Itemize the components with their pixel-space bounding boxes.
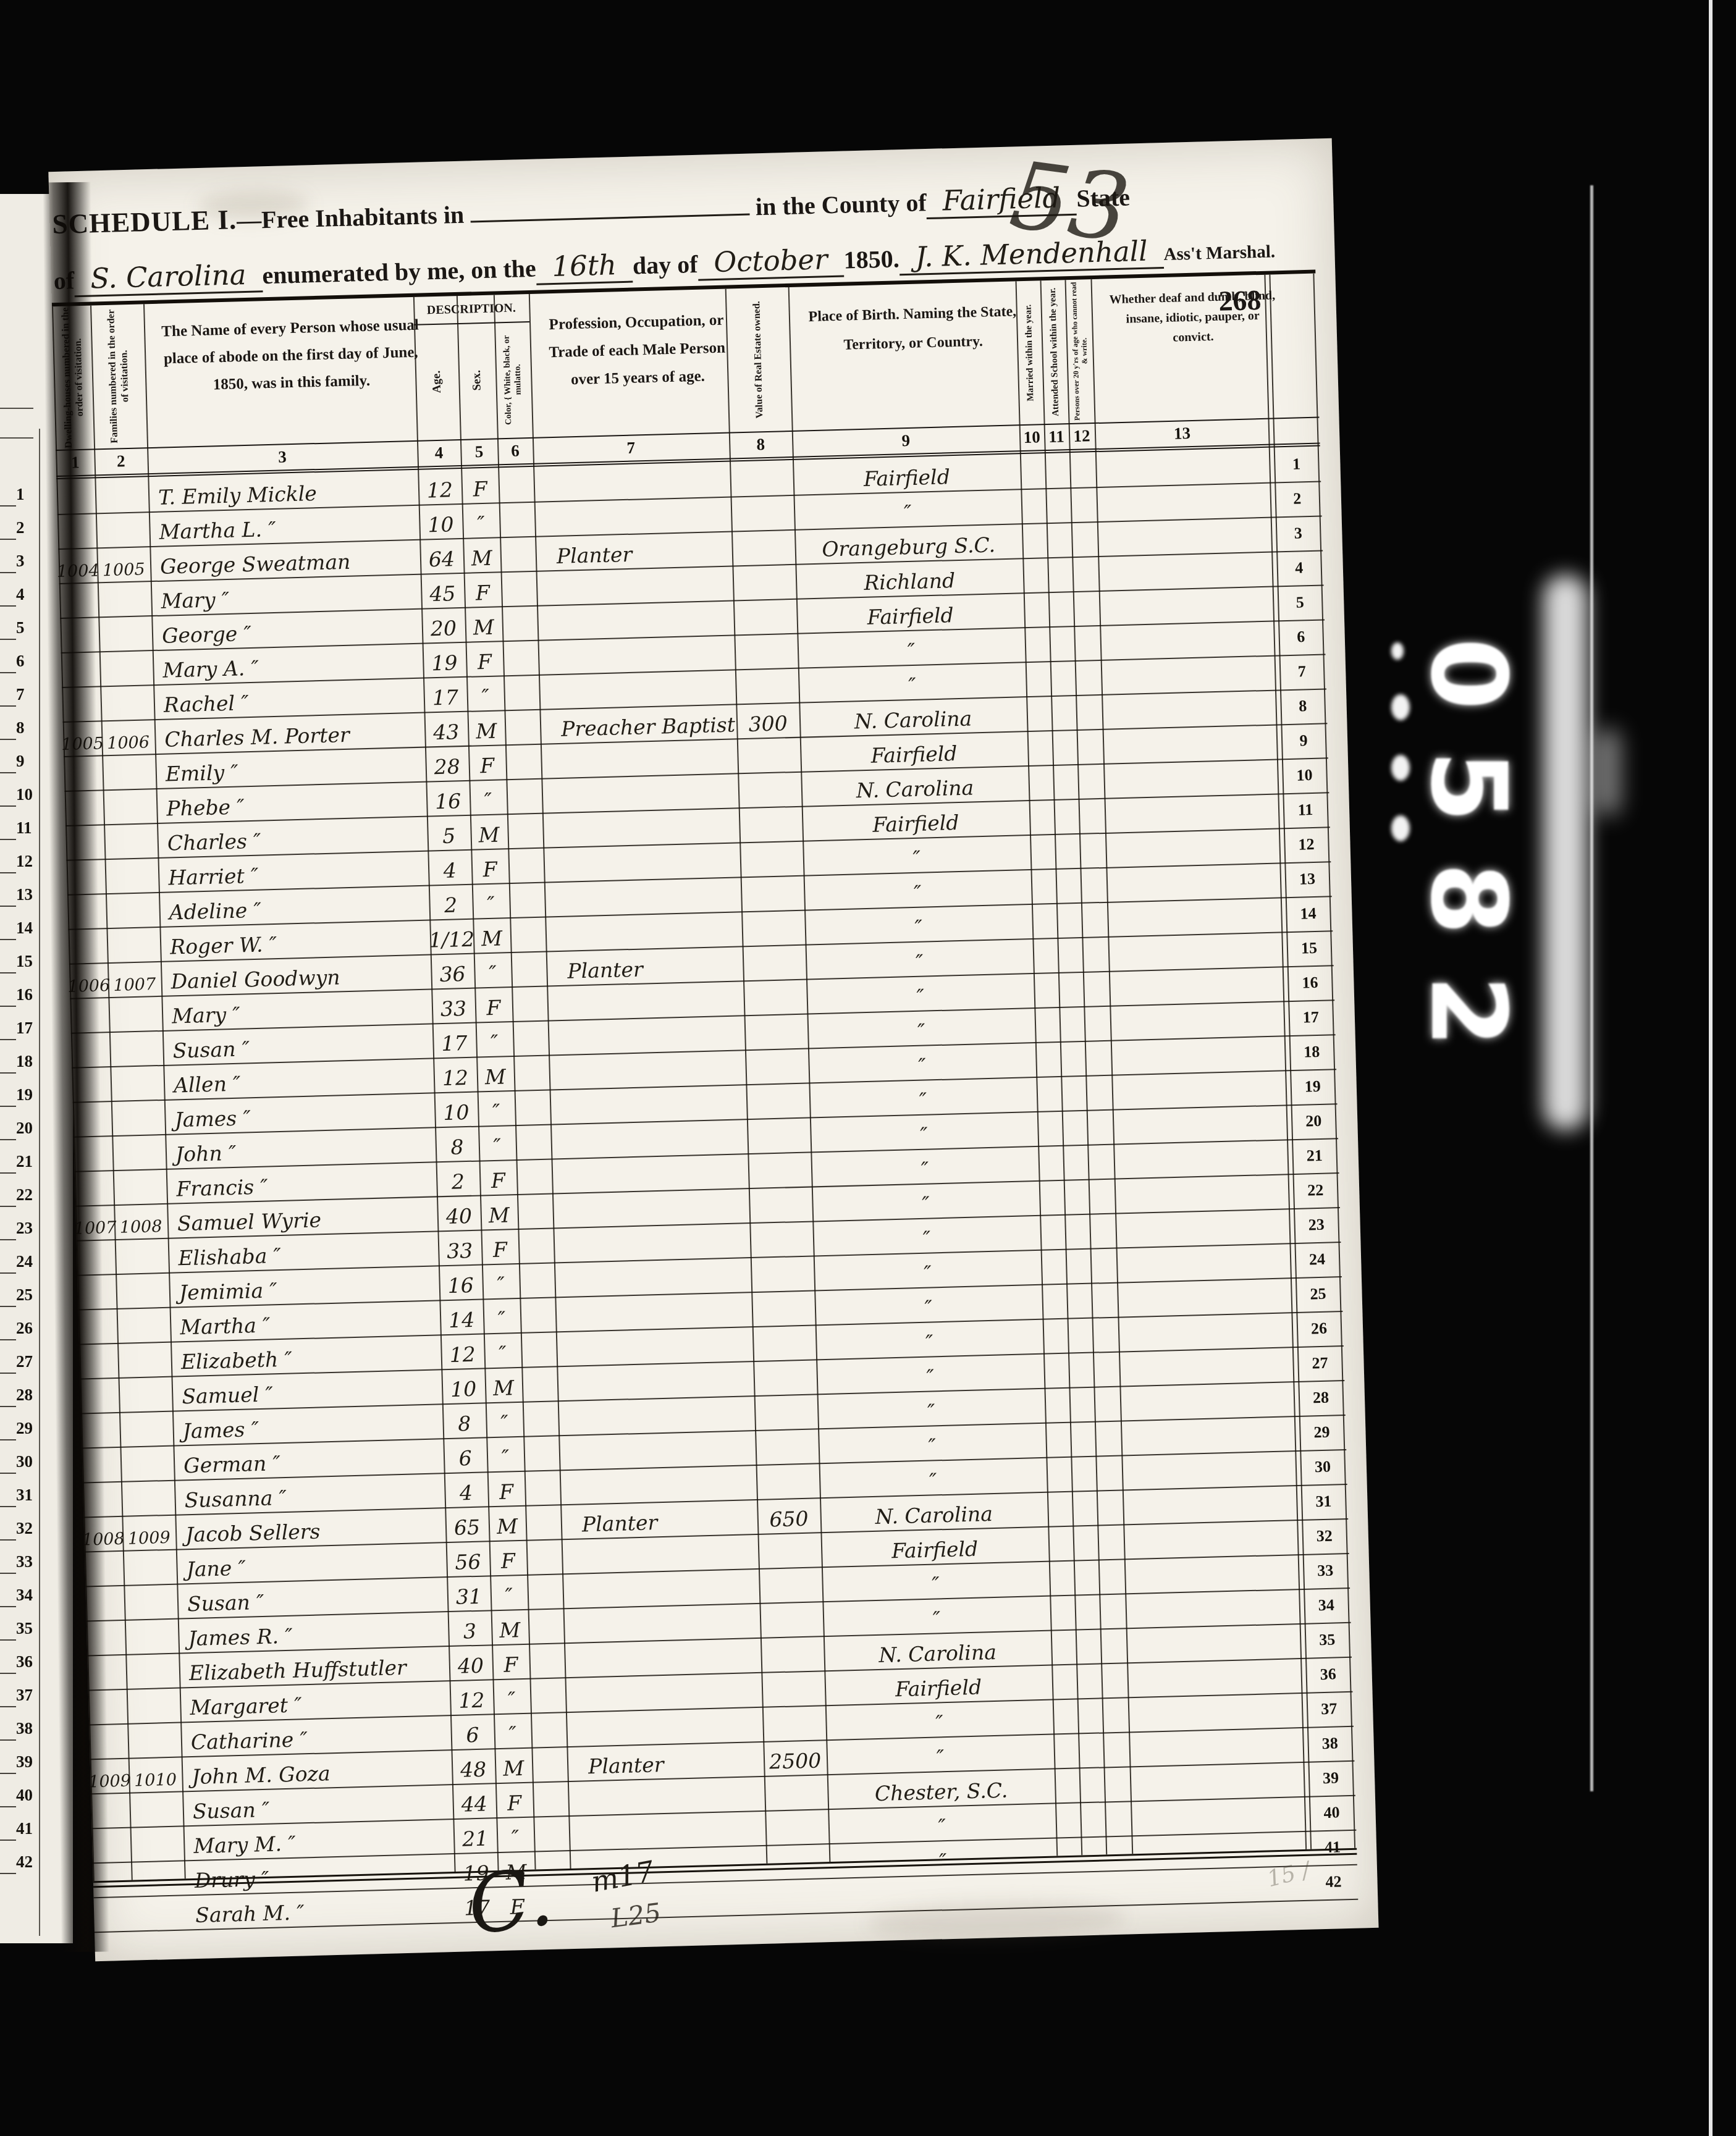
previous-page-header-lines: [0, 379, 33, 439]
cell-real-estate-value: 2500: [763, 1741, 827, 1776]
cell-sex: F: [464, 573, 502, 607]
cell-real-estate-value: [745, 1049, 809, 1085]
cell-color: [530, 1678, 566, 1712]
cell-name: Samuel Wyrie: [167, 1197, 437, 1237]
cell-birthplace: ″: [816, 1355, 1044, 1394]
cell-real-estate-value: [752, 1326, 816, 1361]
cell-color: [515, 1125, 551, 1159]
cell-family-number: [112, 1135, 166, 1170]
col-no-8: 8: [729, 434, 793, 455]
table-rows: T. Emily Mickle 12 F Fairfield 1 Martha …: [56, 448, 1358, 1933]
cell-real-estate-value: [751, 1291, 815, 1326]
cell-occupation: [556, 1327, 753, 1366]
cell-occupation: [549, 1051, 746, 1089]
cell-name: Samuel ″: [172, 1370, 442, 1410]
cell-sex: M: [465, 607, 502, 642]
cell-real-estate-value: [753, 1360, 817, 1395]
col-header-school: Attended School within the year.: [1040, 280, 1069, 424]
cell-family-number: [120, 1447, 174, 1481]
col-no-13: 13: [1095, 422, 1270, 445]
col-header-sex: Sex.: [457, 322, 497, 439]
cell-age: 33: [437, 1231, 481, 1266]
row-number: 17: [1289, 1001, 1333, 1035]
cell-occupation: [557, 1362, 754, 1400]
cell-name: Jemimia ″: [169, 1266, 439, 1306]
cell-color: [531, 1747, 567, 1781]
cell-color: [533, 1782, 568, 1816]
row-number: 40: [1310, 1796, 1354, 1831]
cell-color: [521, 1332, 557, 1366]
cell-age: 36: [431, 954, 474, 989]
cell-sex: ″: [478, 1091, 515, 1126]
cell-color: [506, 780, 542, 814]
cell-name: Daniel Goodwyn: [161, 956, 431, 996]
cell-name: Harriet ″: [158, 852, 429, 892]
cell-name: Emily ″: [155, 748, 426, 788]
cell-color: [523, 1436, 559, 1470]
row-number: 2: [1275, 482, 1319, 517]
cell-color: [499, 503, 535, 537]
cell-real-estate-value: [744, 1015, 808, 1050]
cell-name: Adeline ″: [159, 886, 429, 927]
cell-sex: ″: [482, 1264, 520, 1299]
cell-age: 28: [425, 747, 469, 781]
cell-birthplace: ″: [794, 490, 1022, 529]
cell-sex: ″: [493, 1680, 531, 1714]
col-header-color: Color, { White, black, or mulatto.: [494, 321, 533, 438]
cell-color: [526, 1540, 562, 1574]
cell-sex: F: [461, 469, 499, 503]
cell-occupation: [550, 1120, 748, 1158]
cell-family-number: [117, 1343, 171, 1377]
cell-age: 3: [448, 1611, 492, 1646]
cell-family-number: [119, 1412, 173, 1447]
row-number: 14: [1286, 897, 1330, 931]
cell-name: Sarah M. ″: [185, 1889, 455, 1929]
cell-sex: M: [473, 919, 510, 953]
cell-birthplace: ″: [809, 1078, 1037, 1117]
cell-family-number: [132, 1896, 186, 1930]
cell-real-estate-value: [741, 911, 805, 946]
cell-birthplace: Fairfield: [820, 1528, 1048, 1567]
cell-birthplace: Orangeburg S.C.: [794, 524, 1022, 564]
cell-family-number: [104, 824, 158, 859]
cell-sex: ″: [476, 1022, 513, 1057]
cell-birthplace: N. Carolina: [824, 1631, 1051, 1671]
row-number: 8: [1281, 689, 1325, 724]
row-number: 33: [1304, 1554, 1347, 1589]
cell-sex: M: [491, 1610, 529, 1645]
cell-color: [525, 1471, 560, 1505]
film-light-streak: [1543, 574, 1588, 1130]
cell-sex: ″: [469, 780, 507, 815]
cell-name: Martha L. ″: [149, 506, 419, 546]
cell-age: 16: [439, 1265, 482, 1300]
cell-color: [498, 468, 534, 502]
cell-sex: M: [488, 1507, 526, 1541]
cell-sex: F: [481, 1230, 518, 1264]
cell-name: Jacob Sellers: [175, 1508, 445, 1549]
col-header-birthplace: Place of Birth. Naming the State, Territ…: [788, 281, 1040, 447]
cell-age: 48: [451, 1749, 495, 1784]
cell-name: James ″: [164, 1093, 435, 1133]
cell-sex: M: [494, 1749, 532, 1783]
cell-family-number: [98, 582, 151, 616]
cell-real-estate-value: [765, 1810, 828, 1845]
cell-birthplace: Fairfield: [796, 594, 1024, 633]
cell-occupation: [560, 1466, 757, 1504]
row-number: 13: [1285, 862, 1329, 897]
row-number: 4: [1277, 552, 1321, 586]
cell-sex: ″: [474, 953, 512, 988]
cell-occupation: [558, 1397, 755, 1435]
cell-occupation: [534, 498, 731, 536]
cell-family-number: [106, 928, 160, 962]
cell-occupation: [551, 1154, 748, 1193]
cell-family-number: [108, 997, 162, 1032]
cell-occupation: [562, 1570, 759, 1608]
cell-name: Martha ″: [170, 1301, 440, 1341]
cell-sex: F: [495, 1783, 533, 1818]
cell-birthplace: ″: [822, 1597, 1050, 1636]
row-number: 23: [1294, 1208, 1338, 1243]
cell-sex: ″: [496, 1818, 534, 1852]
col-no-9: 9: [792, 428, 1020, 453]
cell-name: John M. Goza: [182, 1751, 452, 1791]
cell-age: 65: [445, 1507, 489, 1542]
cell-name: Susan ″: [177, 1578, 447, 1618]
cell-occupation: [542, 809, 739, 847]
year-label: 1850.: [843, 244, 900, 274]
row-number: 3: [1276, 517, 1320, 552]
cell-family-number: [106, 893, 159, 928]
cell-birthplace: Fairfield: [793, 455, 1021, 495]
cell-occupation: Planter: [546, 947, 743, 985]
row-number: 10: [1283, 759, 1326, 793]
cell-name: Susan ″: [162, 1024, 433, 1064]
cell-sex: F: [466, 642, 504, 676]
cell-occupation: Planter: [560, 1500, 757, 1539]
cell-occupation: [543, 843, 740, 881]
cell-color: [521, 1367, 557, 1401]
cell-real-estate-value: [767, 1879, 830, 1914]
cell-age: 8: [442, 1403, 486, 1438]
cell-sex: ″: [478, 1126, 516, 1161]
cell-real-estate-value: [739, 807, 803, 843]
cell-family-number: [117, 1308, 171, 1343]
cell-name: Mary ″: [161, 990, 432, 1030]
cell-real-estate-value: [737, 738, 801, 773]
col-no-7: 7: [533, 436, 730, 460]
film-id-digit: 8: [1412, 863, 1524, 935]
cell-occupation: Planter: [567, 1743, 764, 1781]
cell-birthplace: Fairfield: [802, 801, 1030, 841]
handwritten-flourish: C.: [463, 1849, 558, 1953]
cell-name: Elizabeth Huffstutler: [179, 1647, 449, 1687]
row-number: 28: [1299, 1381, 1342, 1416]
cell-color: [523, 1402, 558, 1436]
cell-real-estate-value: [749, 1187, 812, 1222]
cell-age: 17: [432, 1024, 476, 1058]
cell-occupation: Preacher Baptist: [539, 705, 736, 743]
cell-real-estate-value: [734, 634, 798, 670]
cell-birthplace: ″: [812, 1216, 1040, 1256]
row-number: 7: [1280, 655, 1324, 690]
cell-real-estate-value: [732, 565, 796, 600]
cell-sex: F: [471, 849, 508, 884]
cell-birthplace: Richland: [795, 559, 1023, 599]
cell-sex: ″: [486, 1403, 523, 1437]
cell-occupation: [564, 1639, 761, 1677]
cell-family-number: [103, 789, 157, 824]
cell-occupation: [541, 739, 738, 778]
cell-birthplace: N. Carolina: [801, 767, 1029, 806]
cell-color: [513, 1056, 549, 1090]
cell-sex: M: [480, 1195, 518, 1230]
cell-occupation: [545, 912, 742, 951]
day-handwritten: 16th: [536, 248, 633, 285]
row-number: 34: [1304, 1589, 1348, 1623]
row-number: 11: [1283, 793, 1327, 828]
cell-name: James ″: [172, 1405, 443, 1445]
cell-family-number: [119, 1377, 172, 1412]
cell-birthplace: ″: [826, 1735, 1054, 1775]
census-page: SCHEDULE I.—Free Inhabitants inin the Co…: [48, 138, 1378, 1961]
cell-name: James R. ″: [178, 1612, 449, 1652]
cell-family-number: [102, 755, 156, 789]
district-blank-line: [470, 214, 749, 223]
col-no-6: 6: [497, 441, 533, 461]
cell-color: [519, 1263, 555, 1297]
cell-sex: ″: [466, 676, 504, 711]
cell-age: 10: [419, 505, 463, 539]
cell-real-estate-value: [746, 1084, 809, 1119]
county-label: in the County of: [755, 188, 927, 221]
film-id-digit: 0: [1412, 638, 1524, 710]
cell-name: George Sweatman: [150, 540, 420, 581]
cell-family-number: 1006: [101, 720, 155, 755]
cell-family-number: [125, 1620, 179, 1654]
cell-family-number: [98, 616, 152, 651]
cell-color: [509, 883, 545, 917]
cell-family-number: 1008: [114, 1205, 167, 1239]
cell-family-number: [127, 1689, 180, 1723]
cell-birthplace: ″: [808, 1043, 1036, 1083]
row-number: 32: [1302, 1520, 1346, 1554]
cell-age: 14: [439, 1300, 483, 1334]
cell-name: Francis ″: [166, 1163, 437, 1203]
census-microfilm-scan: 1234567891011121314151617181920212223242…: [0, 0, 1736, 2136]
cell-age: 21: [453, 1819, 497, 1853]
cell-color: [508, 849, 544, 883]
cell-birthplace: ″: [806, 940, 1034, 979]
enumerated-label: enumerated by me, on the: [262, 254, 536, 290]
cell-sex: F: [487, 1472, 525, 1507]
film-edge-line: [1590, 185, 1593, 1791]
cell-family-number: [111, 1101, 165, 1135]
cell-age: 1/12: [429, 920, 473, 954]
cell-name: T. Emily Mickle: [148, 471, 418, 511]
row-number: 18: [1290, 1035, 1334, 1070]
cell-age: 10: [441, 1369, 485, 1403]
cell-name: Mary ″: [151, 575, 421, 615]
schedule-title-rest: —Free Inhabitants in: [236, 200, 464, 235]
cell-age: 4: [444, 1473, 488, 1507]
cell-sex: ″: [462, 503, 500, 538]
cell-age: 33: [431, 989, 475, 1024]
cell-family-number: [100, 686, 154, 720]
cell-sex: F: [492, 1645, 529, 1680]
cell-occupation: [554, 1258, 751, 1297]
cell-family-number: [130, 1827, 184, 1861]
row-number: 39: [1308, 1762, 1352, 1796]
film-light-blob: [1595, 729, 1620, 815]
handwritten-note-l25: L25: [609, 1897, 663, 1933]
cell-real-estate-value: [751, 1256, 814, 1292]
cell-family-number: [121, 1481, 175, 1516]
cell-color: [525, 1505, 561, 1539]
cell-age: 4: [428, 851, 471, 885]
cell-sex: M: [467, 711, 505, 746]
cell-family-number: [99, 651, 153, 686]
cell-family-number: [113, 1170, 167, 1205]
cell-age: 17: [423, 678, 467, 712]
col-no-4: 4: [417, 443, 461, 463]
cell-real-estate-value: [762, 1706, 826, 1741]
cell-occupation: [541, 774, 738, 812]
cell-family-number: 1009: [122, 1516, 175, 1550]
col-header-name: The Name of every Person whose usual pla…: [143, 296, 440, 462]
cell-name: George ″: [151, 610, 422, 650]
cell-family-number: [105, 859, 159, 893]
row-number: 6: [1279, 621, 1323, 655]
film-dot: [1391, 642, 1404, 660]
cell-sex: F: [468, 746, 506, 780]
cell-sex: ″: [486, 1437, 524, 1472]
col-no-11: 11: [1044, 427, 1069, 447]
cell-real-estate-value: [741, 877, 804, 912]
cell-real-estate-value: [754, 1395, 818, 1430]
cell-name: Mary A. ″: [153, 644, 423, 684]
cell-real-estate-value: [735, 669, 799, 704]
row-number: 5: [1278, 586, 1322, 621]
cell-birthplace: ″: [797, 628, 1025, 668]
cell-color: [502, 607, 537, 641]
cell-family-number: 1005: [96, 547, 150, 582]
cell-real-estate-value: [743, 980, 807, 1015]
cell-sex: ″: [490, 1576, 528, 1610]
cell-name: Jane ″: [176, 1543, 447, 1583]
cell-name: Roger W. ″: [159, 921, 430, 961]
description-group-header: DESCRIPTION.: [413, 294, 529, 326]
cell-sex: ″: [484, 1334, 521, 1368]
cell-name: Elizabeth ″: [171, 1335, 441, 1376]
cell-age: 56: [446, 1542, 490, 1576]
cell-family-number: [124, 1585, 177, 1620]
row-number: 22: [1294, 1174, 1338, 1208]
film-id-digit: 2: [1412, 975, 1524, 1048]
cell-birthplace: ″: [828, 1804, 1056, 1843]
row-number: 15: [1287, 931, 1331, 966]
state-handwritten: S. Carolina: [74, 258, 263, 297]
cell-occupation: [555, 1293, 752, 1331]
cell-color: [528, 1609, 564, 1643]
cell-occupation: [539, 670, 736, 708]
cell-occupation: [544, 878, 741, 916]
cell-occupation: [533, 463, 730, 502]
cell-family-number: [129, 1792, 183, 1827]
cell-color: [515, 1091, 550, 1125]
row-number: 42: [1312, 1865, 1355, 1900]
cell-age: 19: [423, 643, 466, 678]
row-number: 12: [1284, 828, 1328, 862]
cell-occupation: [547, 982, 744, 1020]
cell-occupation: [568, 1812, 765, 1850]
cell-birthplace: ″: [798, 663, 1026, 702]
cell-name: Elishaba ″: [168, 1232, 439, 1272]
cell-family-number: [95, 478, 148, 513]
cell-family-number: [96, 513, 150, 547]
cell-occupation: [552, 1189, 749, 1227]
row-number: 37: [1307, 1692, 1351, 1727]
cell-color: [518, 1229, 554, 1263]
cell-real-estate-value: [756, 1464, 820, 1499]
row-number: 1: [1275, 448, 1318, 482]
cell-sex: ″: [494, 1714, 531, 1749]
cell-occupation: [548, 1016, 745, 1054]
cell-birthplace: Fairfield: [824, 1666, 1052, 1705]
col-header-value: Value of Real Estate owned.: [725, 287, 792, 432]
cell-birthplace: N. Carolina: [820, 1493, 1048, 1533]
cell-birthplace: ″: [811, 1147, 1039, 1187]
form-header-line1: SCHEDULE I.—Free Inhabitants inin the Co…: [52, 179, 1131, 242]
cell-name: Mary M. ″: [183, 1820, 454, 1860]
col-header-families: Families numbered in the order of visita…: [90, 304, 147, 448]
cell-real-estate-value: [755, 1429, 819, 1465]
cell-sex: ″: [472, 884, 510, 919]
day-of-label: day of: [632, 250, 698, 280]
cell-occupation: [568, 1777, 765, 1815]
row-number: 9: [1281, 724, 1325, 759]
cell-family-number: [110, 1066, 164, 1101]
film-id-digit: 5: [1412, 751, 1524, 823]
handwritten-scribble-53: 53: [1005, 141, 1136, 263]
cell-age: 5: [427, 816, 471, 851]
row-number: 35: [1305, 1623, 1349, 1658]
cell-color: [501, 572, 537, 606]
cell-birthplace: ″: [814, 1251, 1042, 1290]
cell-family-number: [125, 1654, 179, 1689]
col-header-profession: Profession, Occupation, or Trade of each…: [529, 288, 747, 455]
cell-sex: M: [463, 538, 500, 573]
cell-age: 6: [450, 1715, 494, 1749]
cell-age: 44: [452, 1784, 496, 1819]
col-no-3: 3: [147, 444, 418, 470]
cell-color: [512, 987, 547, 1021]
film-frame-border: [1709, 0, 1713, 2136]
cell-age: 12: [450, 1680, 494, 1715]
cell-real-estate-value: [761, 1637, 824, 1672]
cell-age: 12: [440, 1334, 484, 1369]
cell-sex: ″: [482, 1299, 520, 1334]
cell-age: 43: [424, 712, 468, 747]
row-number: 26: [1297, 1312, 1341, 1347]
cell-occupation: [538, 636, 735, 674]
cell-color: [533, 1817, 569, 1851]
cell-age: 20: [421, 608, 465, 643]
cell-color: [513, 1022, 549, 1056]
cell-age: 10: [434, 1093, 478, 1127]
